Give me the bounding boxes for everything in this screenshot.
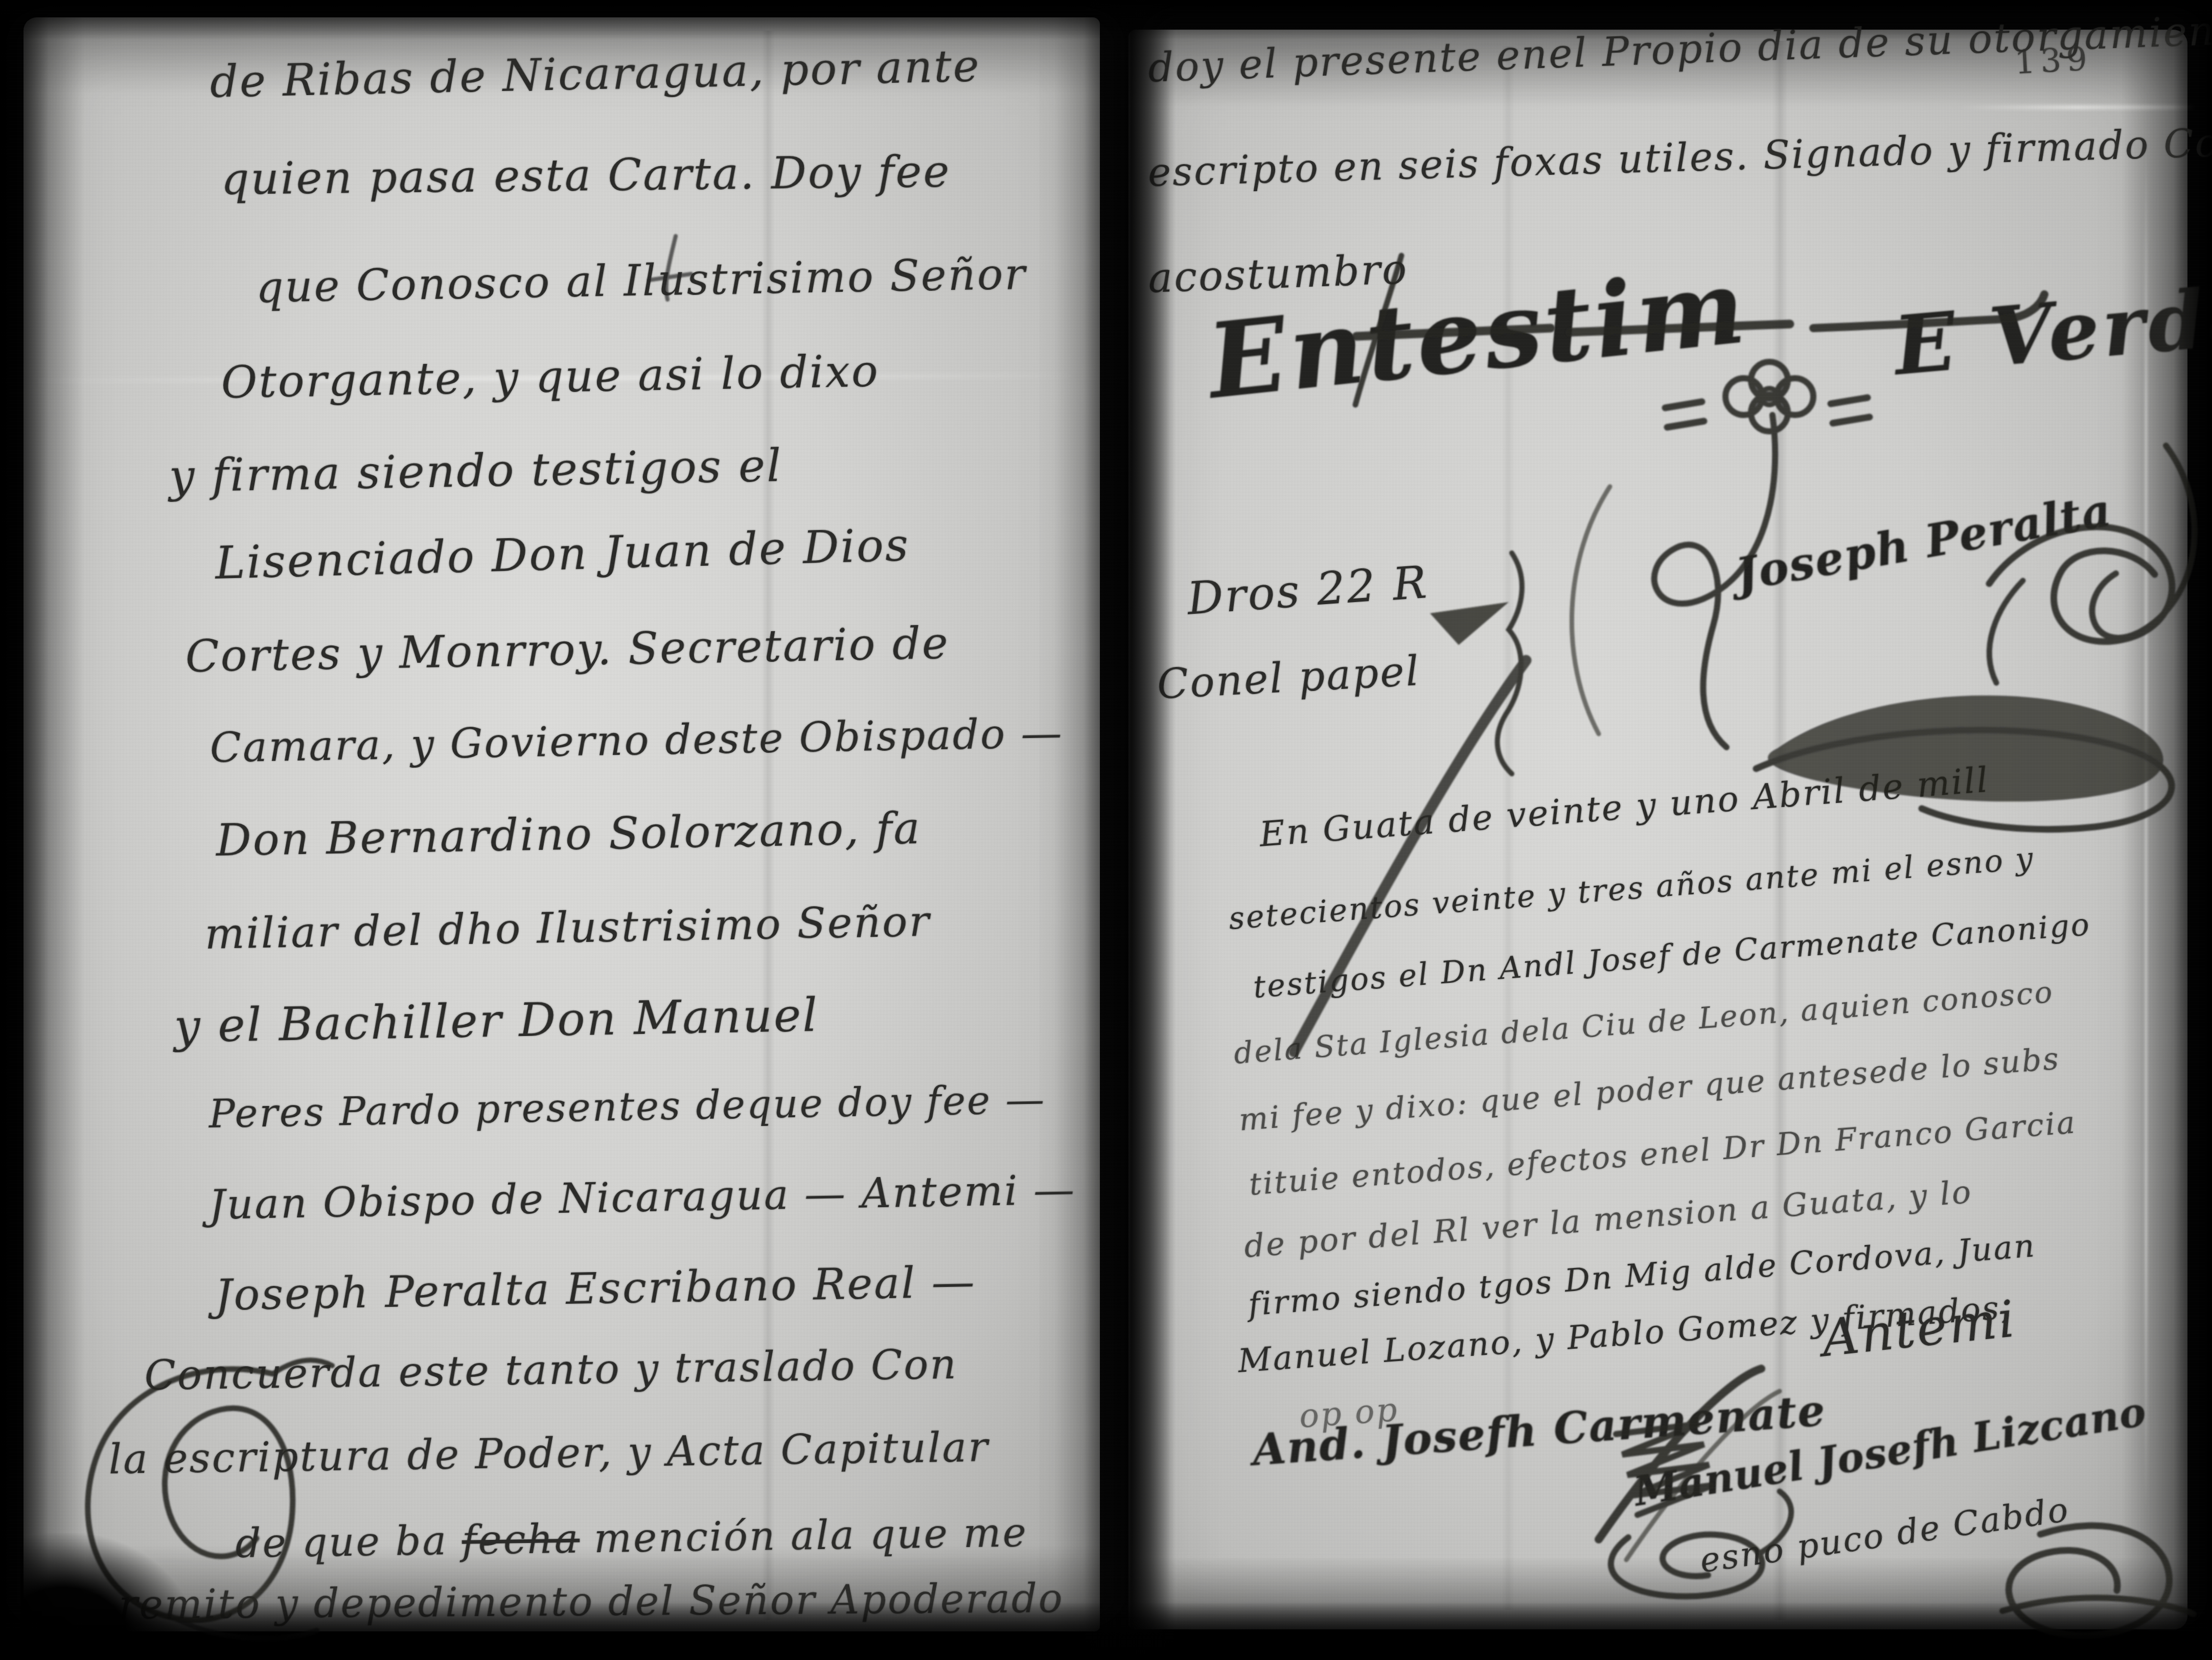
struck-line-post: mención ala que me bbox=[580, 1510, 1028, 1562]
manuscript-line: quien pasa esta Carta. Doy fee bbox=[221, 150, 951, 201]
struck-word: fecha bbox=[462, 1516, 580, 1564]
manuscript-line: y firma siendo testigos el bbox=[169, 443, 783, 499]
manuscript-line: miliar del dho Ilustrisimo Señor bbox=[204, 901, 931, 956]
manuscript-line: Don Bernardino Solorzano, fa bbox=[216, 806, 921, 863]
manuscript-line: remito y depedimento del Señor Apoderado bbox=[119, 1579, 1064, 1625]
manuscript-line: Concuerda este tanto y traslado Con bbox=[144, 1344, 958, 1396]
manuscript-line: Cortes y Monrroy. Secretario de bbox=[185, 621, 950, 679]
struck-line-pre: de que ba bbox=[235, 1518, 462, 1567]
manuscript-line: Joseph Peralta Escribano Real — bbox=[215, 1260, 976, 1317]
manuscript-line-struck: de que ba fecha mención ala que me bbox=[235, 1513, 1028, 1564]
manuscript-line: la escriptura de Poder, y Acta Capitular bbox=[108, 1427, 989, 1480]
manuscript-line: Otorgante, y que asi lo dixo bbox=[221, 350, 880, 405]
manuscript-line: y el Bachiller Don Manuel bbox=[174, 993, 819, 1050]
manuscript-line: que Conosco al Ilustrisimo Señor bbox=[256, 252, 1027, 309]
manuscript-photo: de Ribas de Nicaragua, por ante quien pa… bbox=[0, 0, 2212, 1660]
